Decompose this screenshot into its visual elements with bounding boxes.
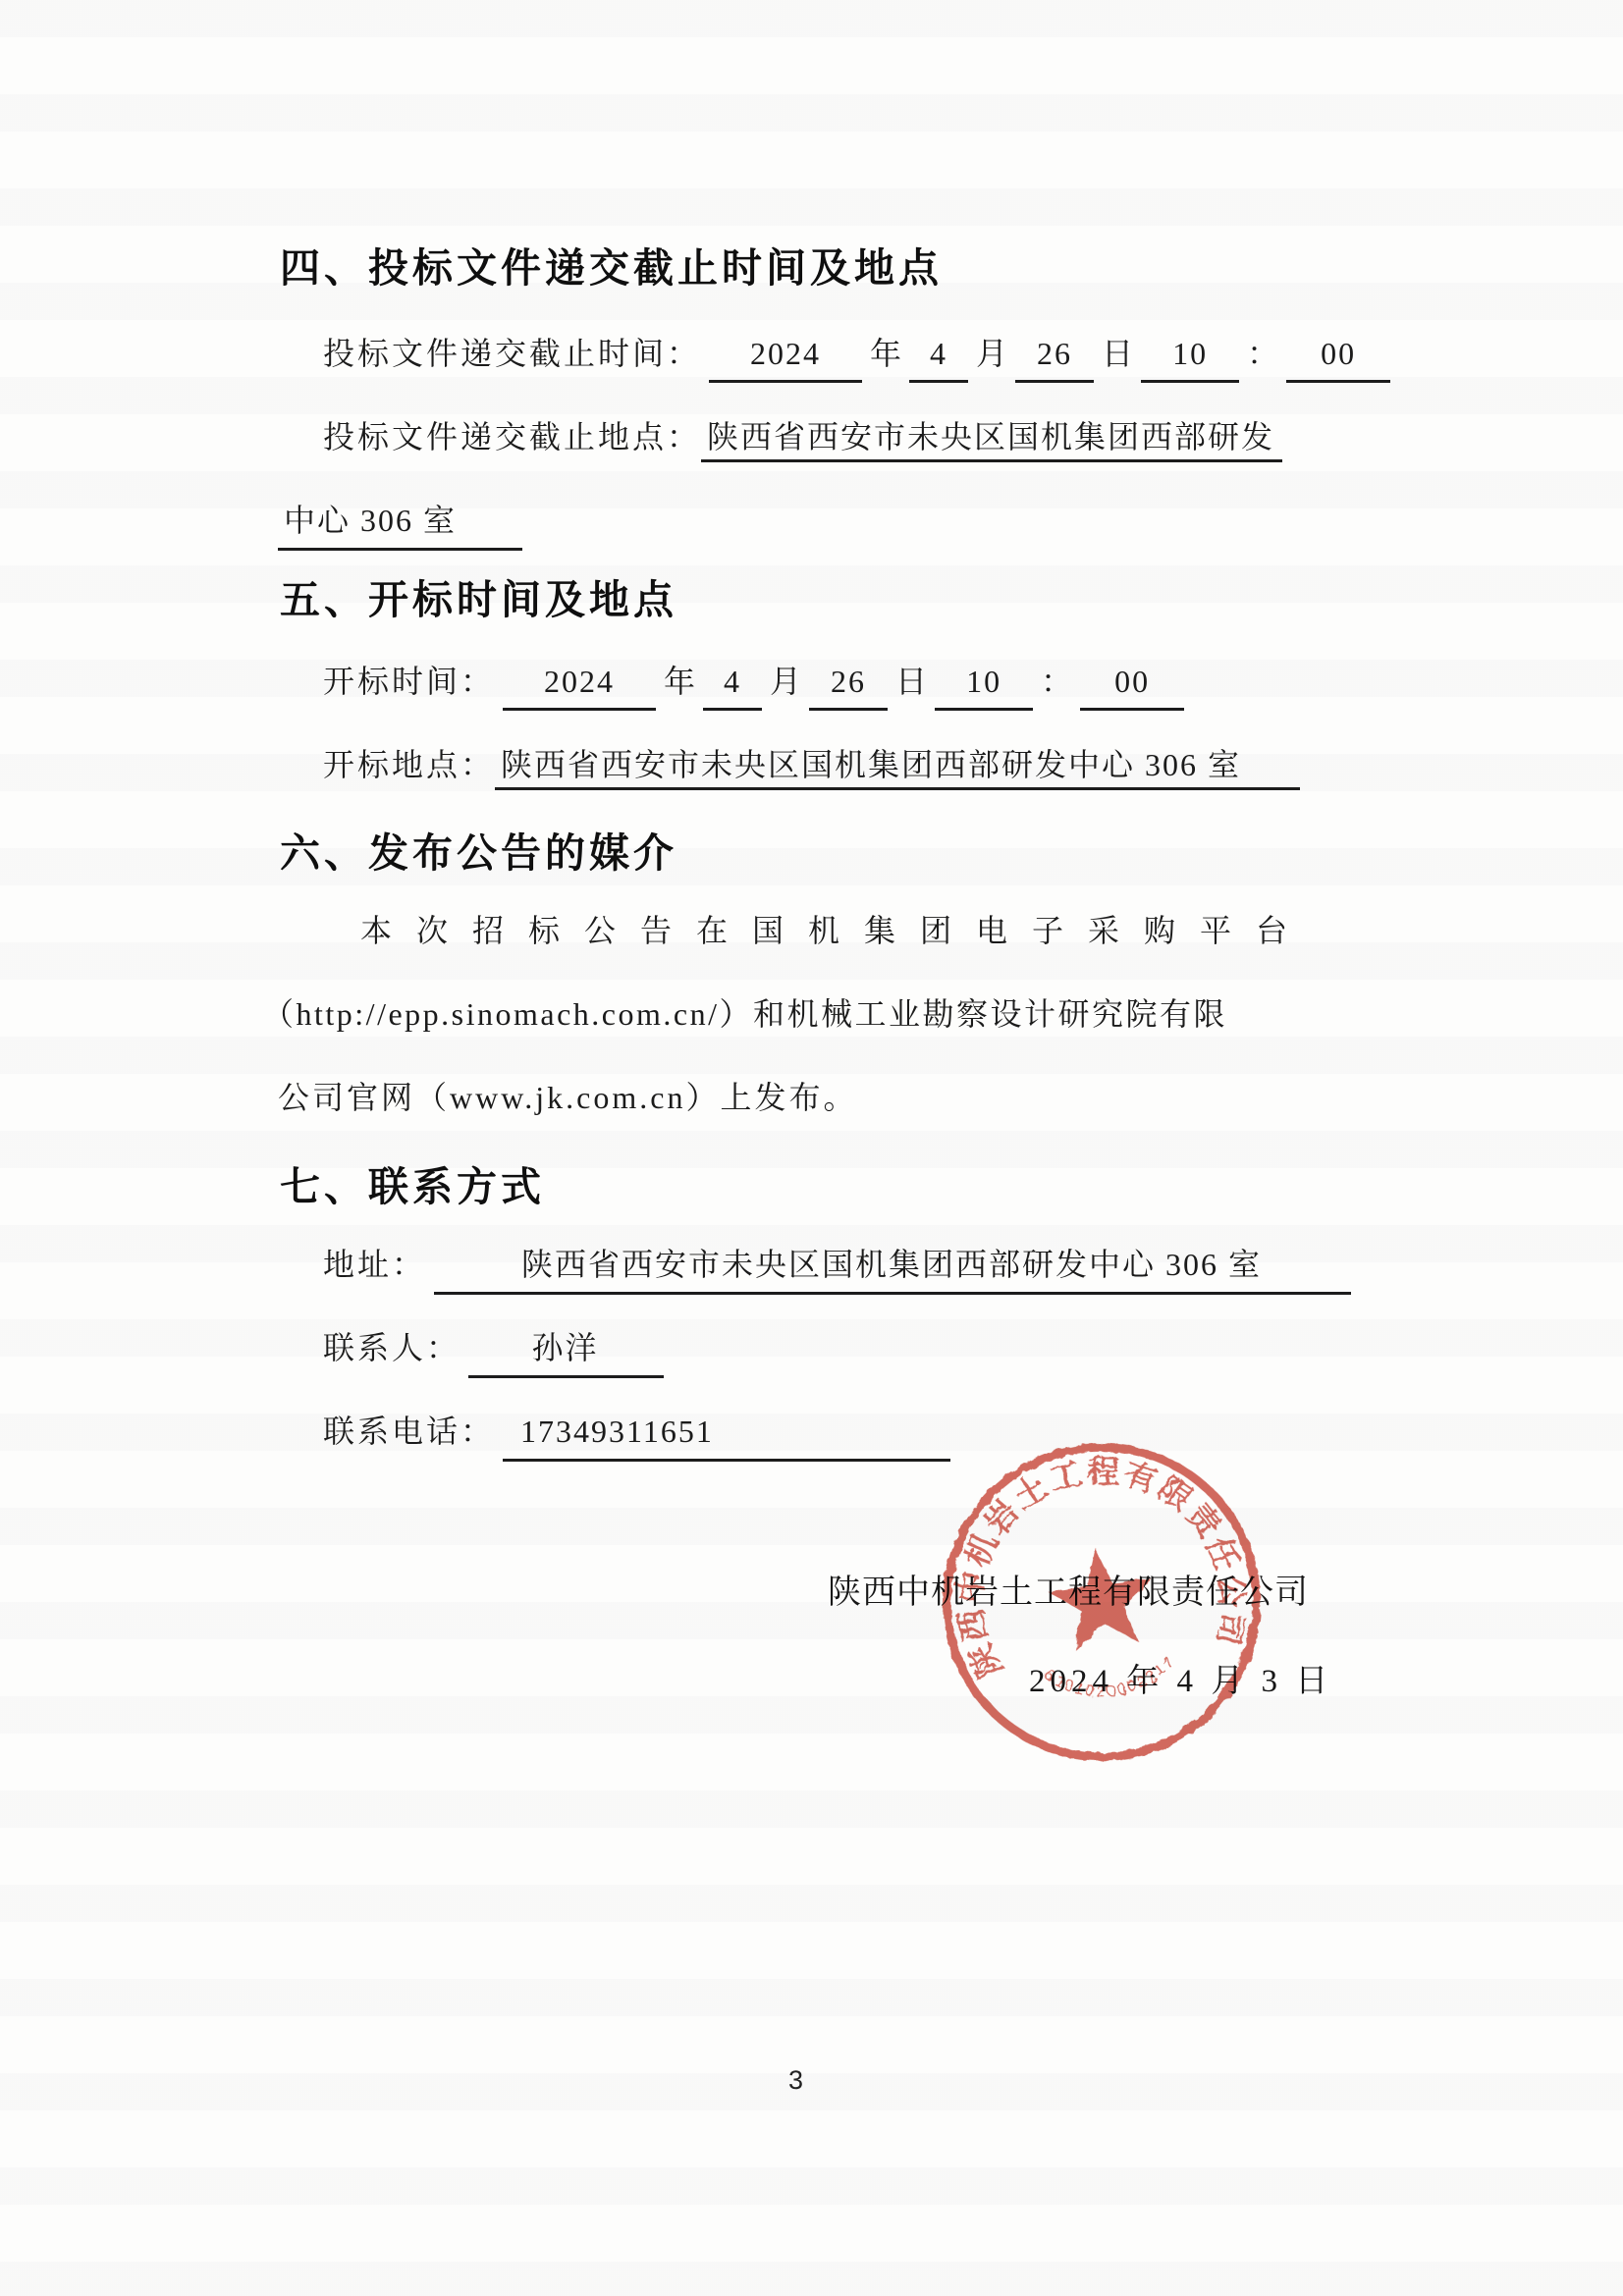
year-unit: 年 (664, 664, 695, 699)
year-unit: 年 (870, 336, 901, 371)
signature-company-name: 陕西中机岩土工程有限责任公司 (828, 1565, 1309, 1613)
section6-heading: 六、发布公告的媒介 (280, 821, 1427, 879)
bid-deadline-minute-value: 00 (1286, 332, 1390, 383)
opening-place-value: 陕西省西安市未央区国机集团西部研发中心 306 室 (495, 747, 1300, 790)
contact-person-value: 孙洋 (468, 1326, 664, 1378)
day-unit: 日 (1102, 336, 1133, 371)
address-label: 地址： (323, 1247, 426, 1282)
signature-date: 2024 年 4 月 3 日 (1029, 1655, 1332, 1701)
opening-month-value: 4 (703, 660, 762, 711)
contact-person-label: 联系人： (323, 1330, 460, 1365)
bid-deadline-place-value-cont: 中心 306 室 (278, 499, 522, 551)
stamp-ring-text: 陕西中机岩土工程有限责任公司 (936, 1436, 1256, 1685)
month-unit: 月 (770, 664, 801, 699)
opening-minute-value: 00 (1080, 660, 1184, 711)
bid-deadline-place-continuation: 中心 306 室 (278, 499, 1397, 551)
opening-hour-value: 10 (935, 660, 1033, 711)
announcement-media-line1: 本次招标公告在国机集团电子采购平台 (278, 909, 1397, 953)
announcement-media-line2: （http://epp.sinomach.com.cn/）和机械工业勘察设计研究… (262, 992, 1397, 1037)
bid-deadline-hour-value: 10 (1141, 332, 1239, 383)
contact-person-line: 联系人： 孙洋 (278, 1326, 1397, 1378)
opening-time-line: 开标时间：2024年4月26日10：00 (278, 660, 1397, 711)
contact-phone-value: 17349311651 (503, 1410, 950, 1462)
bid-deadline-time-line: 投标文件递交截止时间：2024年4月26日10：00 (278, 332, 1397, 383)
page-number: 3 (0, 2065, 1607, 2096)
opening-place-label: 开标地点： (323, 747, 495, 782)
opening-time-label: 开标时间： (323, 664, 495, 699)
bid-deadline-place-line: 投标文件递交截止地点：陕西省西安市未央区国机集团西部研发 (278, 415, 1397, 459)
time-colon: ： (1247, 336, 1278, 371)
month-unit: 月 (976, 336, 1007, 371)
bid-deadline-month-value: 4 (909, 332, 968, 383)
bid-deadline-place-label: 投标文件递交截止地点： (323, 419, 701, 454)
bid-deadline-day-value: 26 (1015, 332, 1094, 383)
bid-deadline-time-label: 投标文件递交截止时间： (323, 336, 701, 371)
opening-year-value: 2024 (503, 660, 656, 711)
svg-text:陕西中机岩土工程有限责任公司: 陕西中机岩土工程有限责任公司 (936, 1436, 1256, 1685)
opening-day-value: 26 (809, 660, 888, 711)
opening-place-line: 开标地点：陕西省西安市未央区国机集团西部研发中心 306 室 (278, 743, 1397, 787)
document-page: 四、投标文件递交截止时间及地点 投标文件递交截止时间：2024年4月26日10：… (0, 0, 1623, 2296)
bid-deadline-place-value: 陕西省西安市未央区国机集团西部研发 (701, 419, 1282, 462)
contact-phone-line: 联系电话： 17349311651 (278, 1410, 1397, 1462)
address-value: 陕西省西安市未央区国机集团西部研发中心 306 室 (434, 1243, 1351, 1295)
address-line: 地址： 陕西省西安市未央区国机集团西部研发中心 306 室 (278, 1243, 1397, 1295)
announcement-media-line3: 公司官网（www.jk.com.cn）上发布。 (278, 1076, 1397, 1120)
section4-heading: 四、投标文件递交截止时间及地点 (280, 236, 1427, 294)
time-colon: ： (1041, 664, 1072, 699)
section5-heading: 五、开标时间及地点 (280, 567, 1427, 625)
bid-deadline-year-value: 2024 (709, 332, 862, 383)
day-unit: 日 (895, 664, 927, 699)
section7-heading: 七、联系方式 (280, 1154, 1427, 1212)
contact-phone-label: 联系电话： (323, 1414, 495, 1449)
